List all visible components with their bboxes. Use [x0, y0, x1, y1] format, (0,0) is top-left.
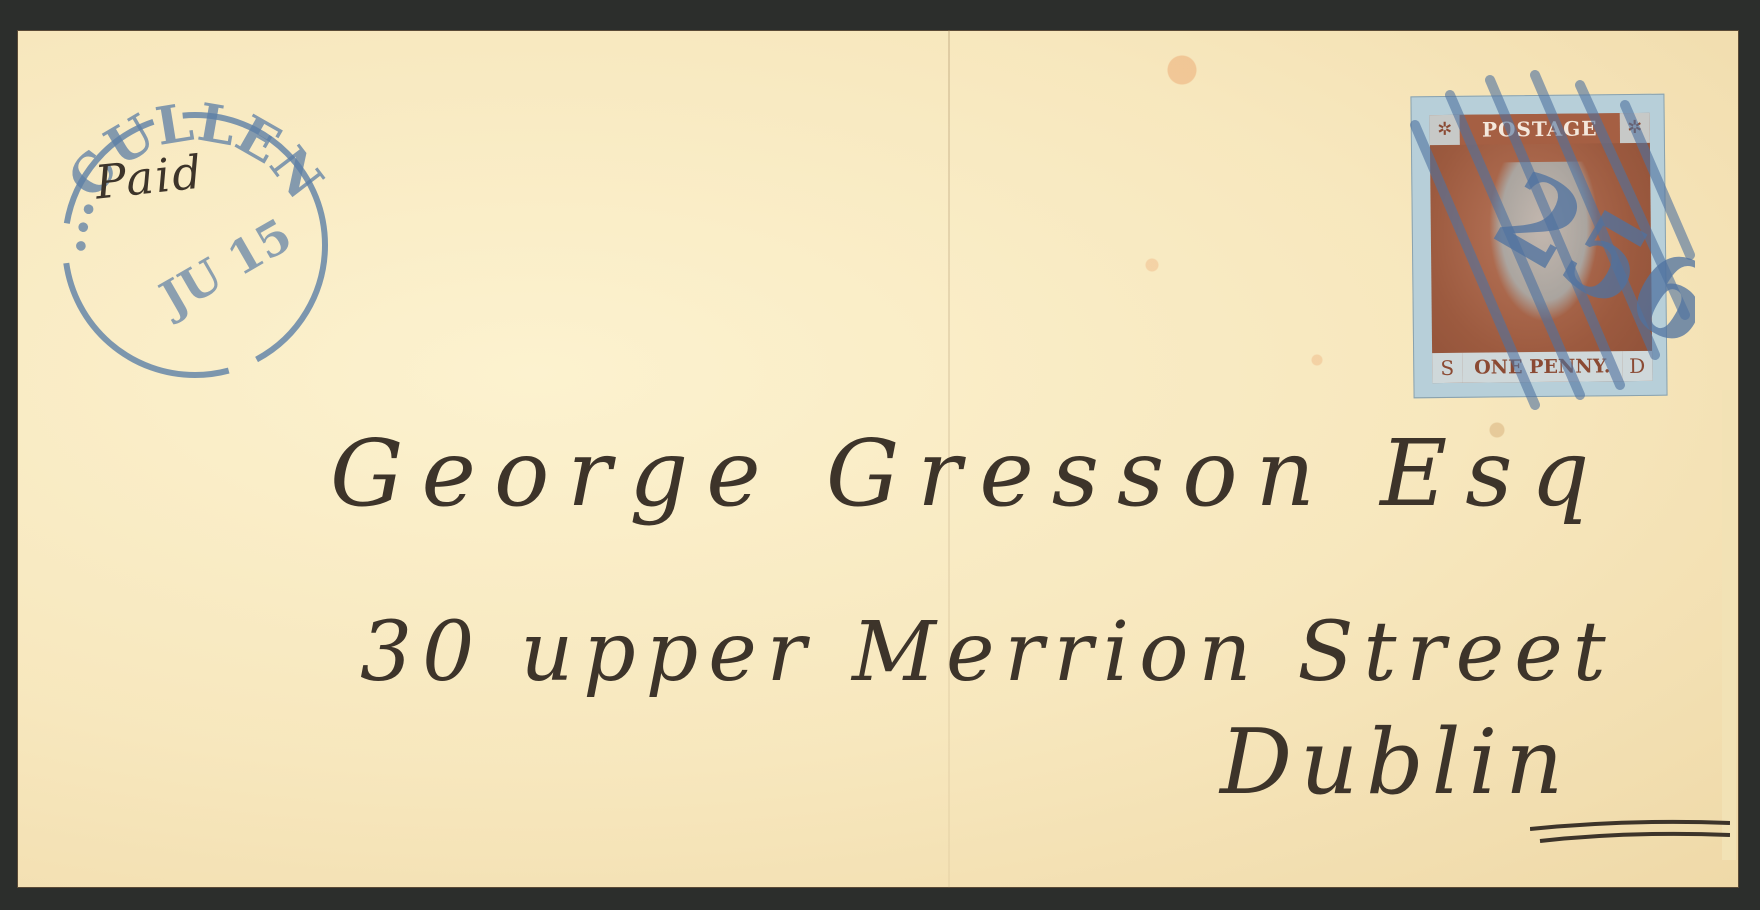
postmark-date: JU 15 [147, 208, 300, 328]
stamp-corner-letter-right: D [1622, 351, 1652, 381]
stamp-corner-letter-left: S [1432, 353, 1462, 383]
star-ornament-icon: ✲ [1620, 113, 1650, 143]
address-street: 30 upper Merrion Street [360, 605, 1616, 700]
address-city: Dublin [1220, 710, 1571, 815]
envelope-flap-edge [1722, 390, 1736, 860]
stamp-design: ✲ ✲ POSTAGE S ONE PENNY. D [1430, 113, 1653, 383]
penny-red-stamp: ✲ ✲ POSTAGE S ONE PENNY. D [1410, 94, 1667, 399]
flourish-underline [1530, 817, 1730, 847]
paid-annotation: Paid [92, 144, 206, 209]
address-name: George Gresson Esq [330, 420, 1607, 527]
stamp-value-label: ONE PENNY. [1462, 351, 1622, 383]
queen-portrait [1488, 161, 1600, 322]
star-ornament-icon: ✲ [1430, 115, 1460, 145]
stamp-top-label: POSTAGE [1460, 113, 1620, 145]
town-postmark: ...CULLEN JU 15 [45, 95, 335, 385]
